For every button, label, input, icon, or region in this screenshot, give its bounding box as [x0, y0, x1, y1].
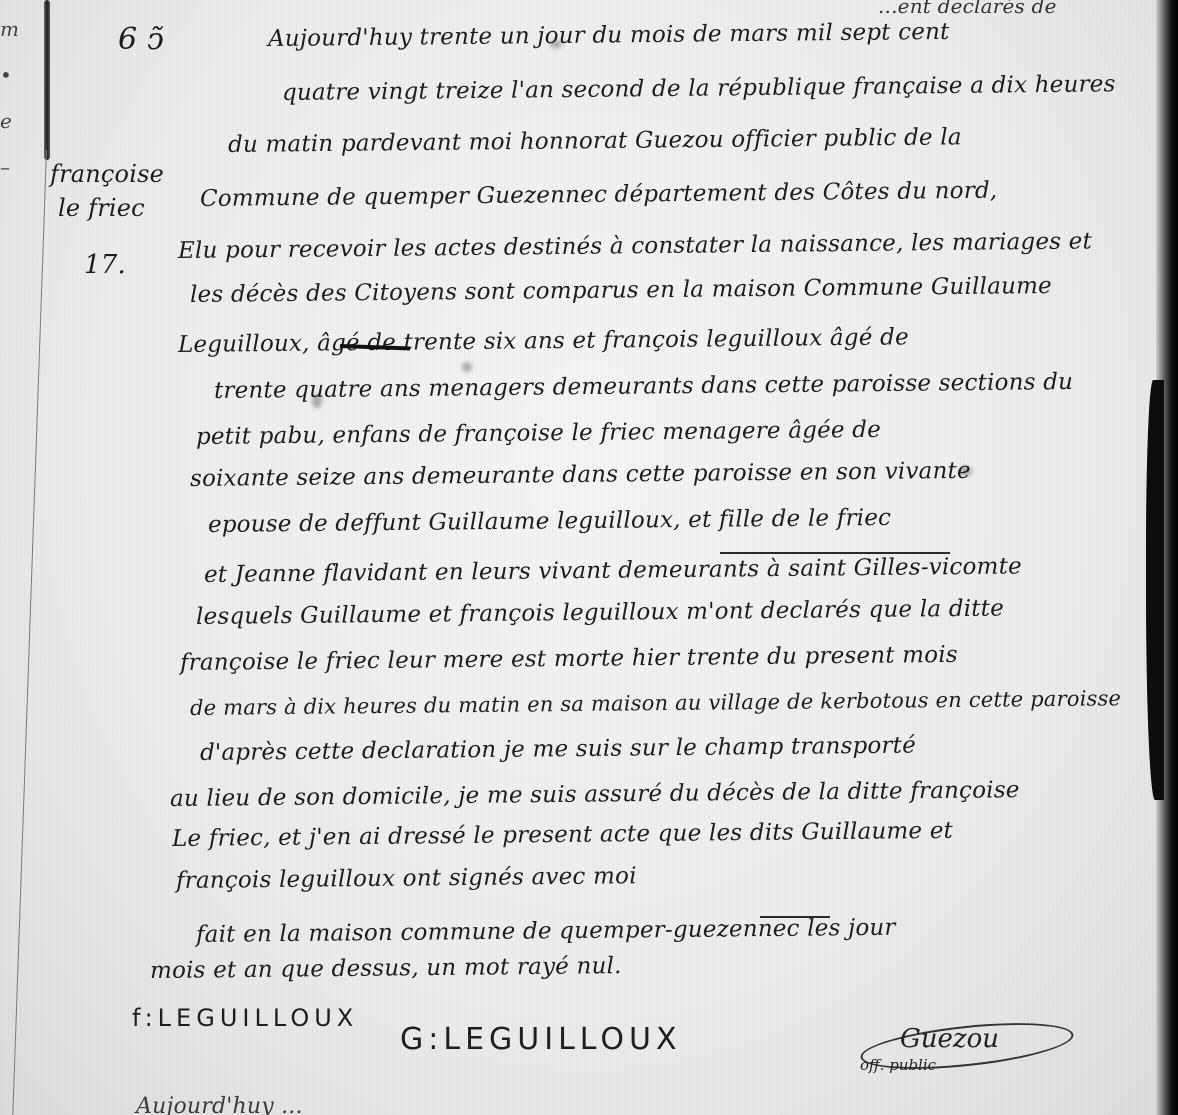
ink-blot	[960, 466, 972, 476]
margin-rule-line	[12, 150, 47, 1115]
margin-name-first: françoise	[50, 160, 164, 188]
binding-shadow	[44, 0, 50, 160]
body-line: fait en la maison commune de quemper-gue…	[196, 915, 896, 948]
body-line: mois et an que dessus, un mot rayé nul.	[150, 953, 622, 984]
officer-signature-title: off. public	[860, 1056, 936, 1074]
end-flourish-line	[760, 916, 830, 918]
body-line: françois leguilloux ont signés avec moi	[176, 863, 637, 894]
body-line: de mars à dix heures du matin en sa mais…	[190, 686, 1121, 720]
body-line: au lieu de son domicile, je me suis assu…	[170, 777, 1020, 812]
body-line: Leguilloux, âgé de trente six ans et fra…	[178, 324, 909, 358]
previous-entry-fragment: ...ent declarés de	[878, 0, 1057, 18]
ink-blot	[550, 40, 562, 48]
next-entry-fragment: Aujourd'huy ...	[136, 1094, 303, 1115]
ink-blot	[462, 362, 472, 372]
margin-entry-number: 17.	[84, 250, 126, 280]
page-edge-tear	[1146, 380, 1164, 800]
body-line: françoise le friec leur mere est morte h…	[180, 642, 958, 676]
body-line: quatre vingt treize l'an second de la ré…	[282, 71, 1116, 106]
body-line: d'après cette declaration je me suis sur…	[200, 733, 916, 766]
body-line: trente quatre ans menagers demeurants da…	[214, 369, 1073, 404]
body-line: lesquels Guillaume et françois leguillou…	[196, 596, 1004, 630]
body-line: Commune de quemper Guezennec département…	[200, 178, 998, 212]
folio-number: 6 ↄ̃	[118, 22, 164, 57]
body-line: epouse de deffunt Guillaume leguilloux, …	[208, 505, 891, 538]
body-line: Aujourd'huy trente un jour du mois de ma…	[268, 19, 950, 52]
ink-blot	[312, 394, 322, 408]
body-line: Le friec, et j'en ai dressé le present a…	[172, 818, 953, 852]
body-line: du matin pardevant moi honnorat Guezou o…	[228, 124, 962, 158]
body-line: petit pabu, enfans de françoise le friec…	[196, 417, 881, 450]
body-line: et Jeanne flavidant en leurs vivant deme…	[204, 553, 1022, 588]
body-line: soixante seize ans demeurante dans cette…	[190, 458, 971, 492]
margin-name-last: le friec	[58, 194, 145, 222]
blank-fill-line	[720, 552, 950, 554]
previous-margin-fragments: m • e –	[0, 0, 40, 190]
body-line: les décès des Citoyens sont comparus en …	[190, 273, 1052, 308]
body-line: Elu pour recevoir les actes destinés à c…	[178, 228, 1092, 264]
officer-signature-name: Guezou	[900, 1024, 999, 1054]
scanned-register-page: m • e – ...ent declarés de 6 ↄ̃ françois…	[0, 0, 1178, 1115]
witness-signature-guillaume: G:LEGUILLOUX	[400, 1022, 682, 1057]
witness-signature-francois: f:LEGUILLOUX	[132, 1004, 358, 1032]
